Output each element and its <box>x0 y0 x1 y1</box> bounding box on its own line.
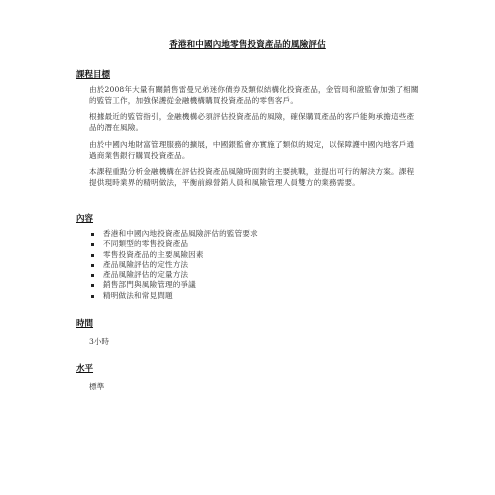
content-list: 香港和中國內地投資產品風險評估的監管要求 不同類型的零售投資產品 零售投資產品的… <box>89 229 258 301</box>
list-item: 銷售部門與風險管理的爭議 <box>89 280 258 290</box>
list-item: 產品風險評估的定性方法 <box>89 260 258 270</box>
bullet-icon <box>91 295 94 298</box>
document-page: 香港和中國內地零售投資產品的風險評估 課程目標 由於2008年大量有關銷售雷曼兄… <box>0 0 495 495</box>
document-title: 香港和中國內地零售投資產品的風險評估 <box>0 38 495 50</box>
objectives-paragraph-3: 由於中國內地財富管理服務的擴展，中國銀監會亦實施了類似的規定，以保障護中國內地客… <box>89 139 419 161</box>
bullet-icon <box>91 233 94 236</box>
content-heading: 內容 <box>76 212 93 224</box>
objectives-paragraph-1: 由於2008年大量有關銷售雷曼兄弟迷你債券及類似結構化投資產品，金管局和證監會加… <box>89 84 419 106</box>
duration-value: 3小時 <box>89 336 109 347</box>
objectives-paragraph-2: 根據最近的監管指引，金融機構必須評估投資產品的風險，確保購買產品的客戶能夠承擔這… <box>89 111 419 133</box>
list-item: 產品風險評估的定量方法 <box>89 270 258 280</box>
level-value: 標準 <box>89 381 104 392</box>
objectives-paragraph-4: 本課程重點分析金融機構在評估投資產品風險時面對的主要挑戰，並提出可行的解決方案。… <box>89 166 419 188</box>
bullet-icon <box>91 284 94 287</box>
duration-heading: 時間 <box>76 317 93 329</box>
list-item: 不同類型的零售投資產品 <box>89 239 258 249</box>
bullet-icon <box>91 243 94 246</box>
objectives-heading: 課程目標 <box>76 68 110 80</box>
list-item: 零售投資產品的主要風險因素 <box>89 250 258 260</box>
bullet-icon <box>91 254 94 257</box>
bullet-icon <box>91 264 94 267</box>
list-item: 精明做法和常見問題 <box>89 291 258 301</box>
level-heading: 水平 <box>76 362 93 374</box>
list-item: 香港和中國內地投資產品風險評估的監管要求 <box>89 229 258 239</box>
bullet-icon <box>91 274 94 277</box>
